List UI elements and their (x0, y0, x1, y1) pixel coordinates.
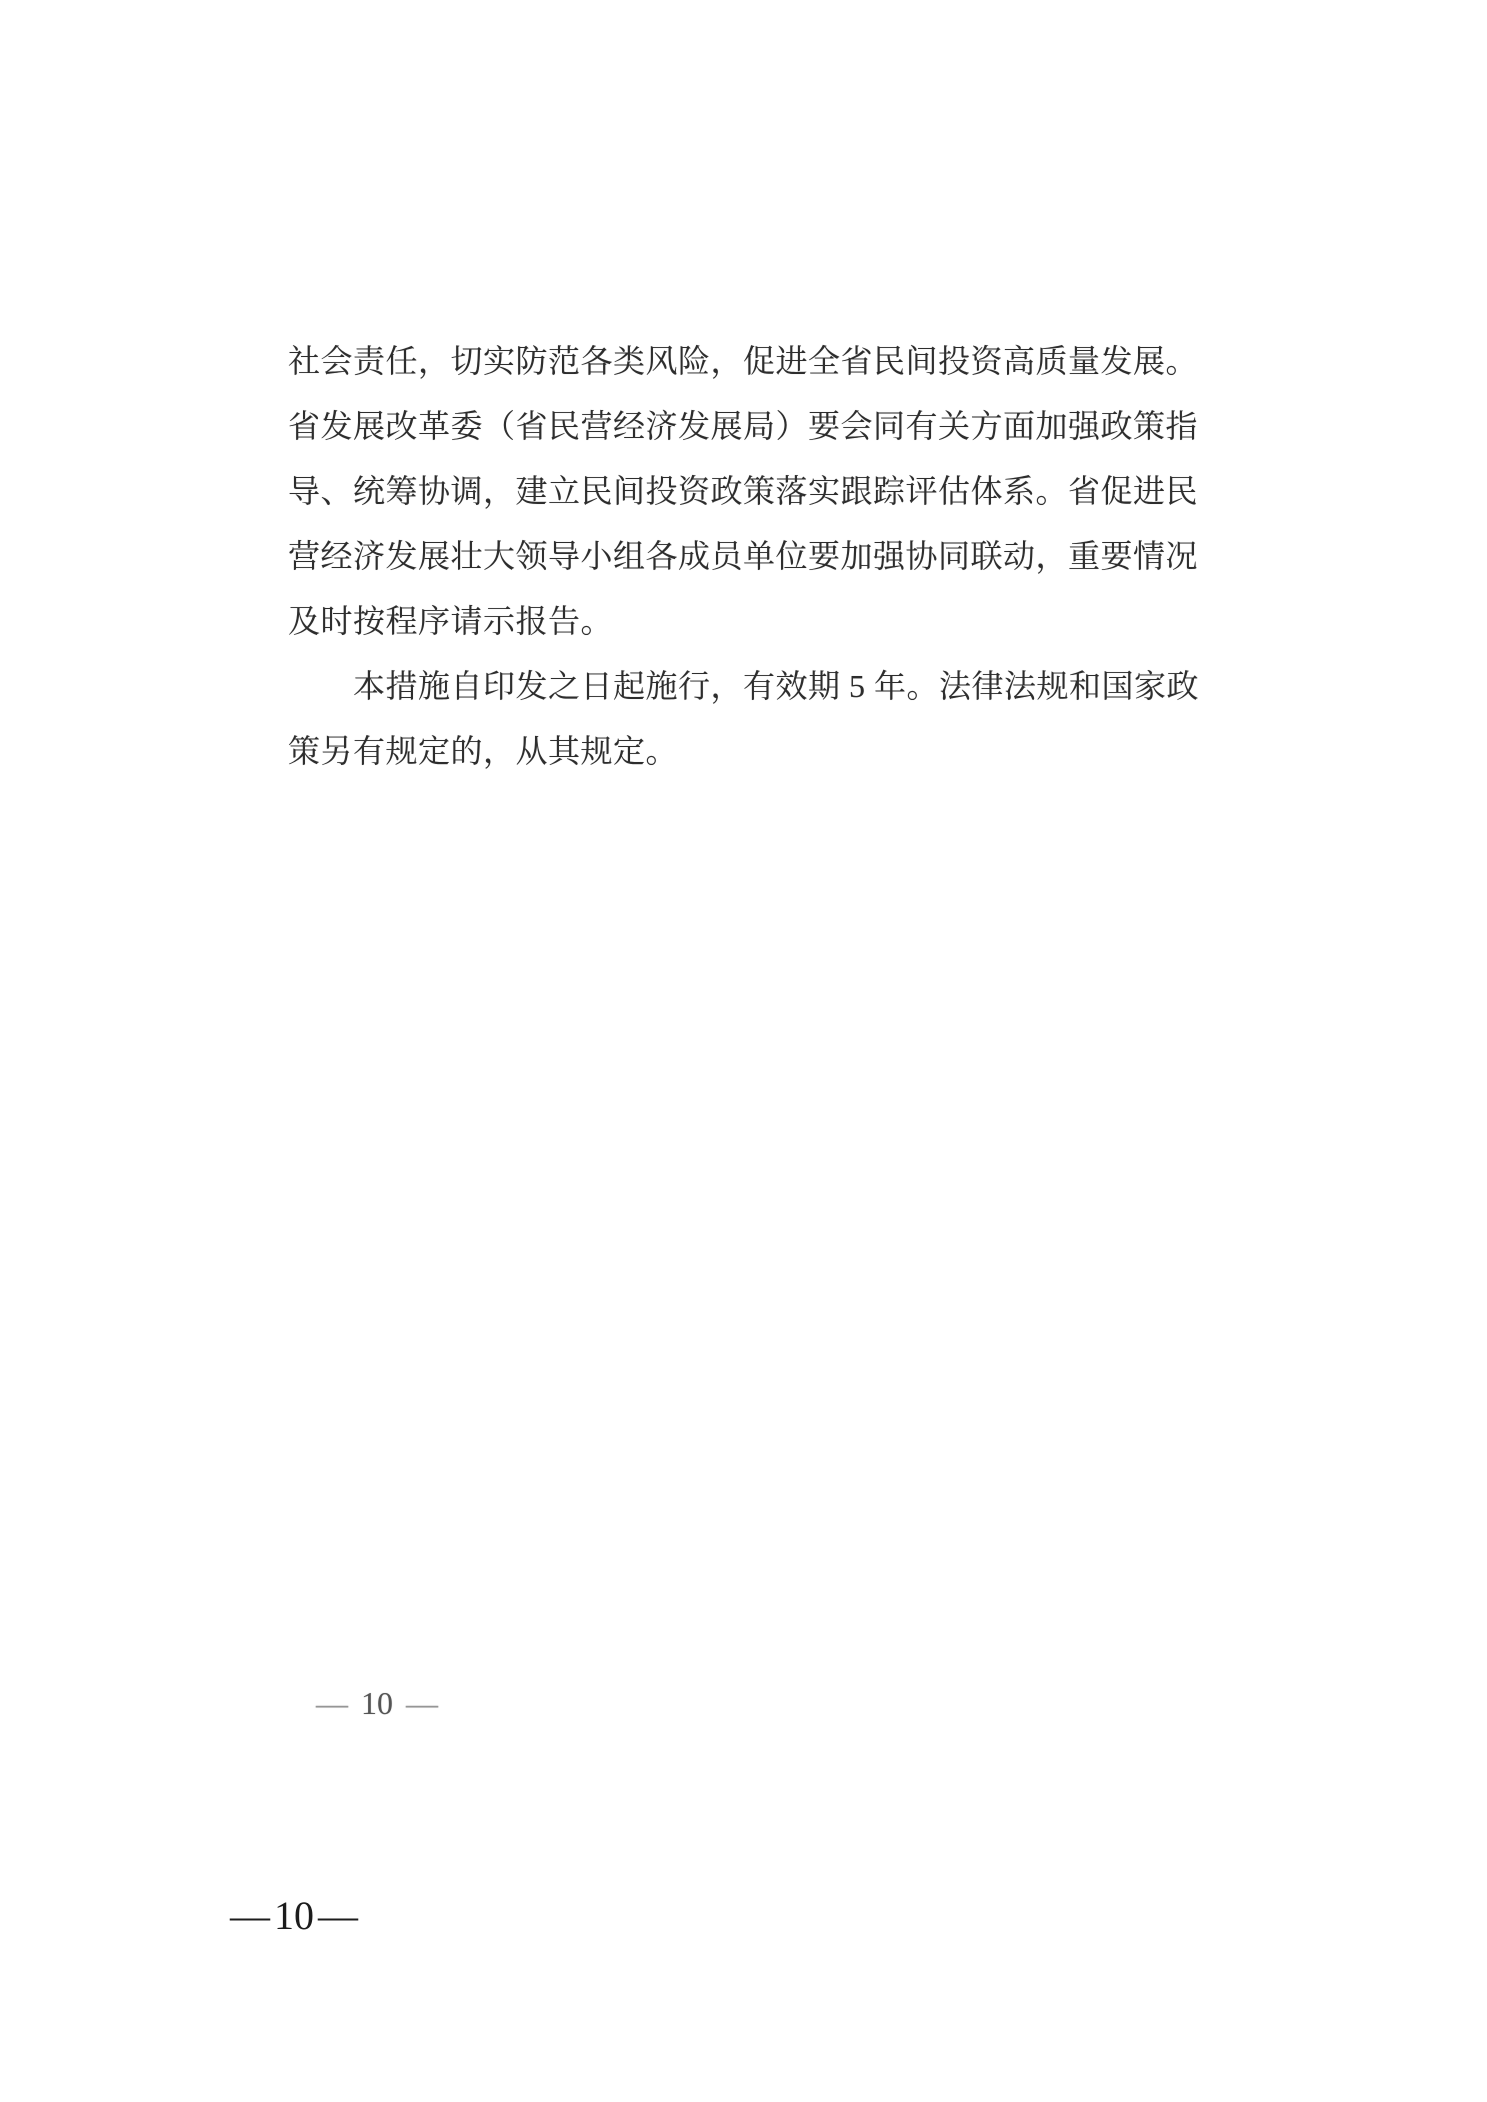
scanned-page-number-dash-right: — (406, 1685, 438, 1721)
scanned-page-number: —10— (316, 1686, 438, 1720)
text-line: 导、统筹协调，建立民间投资政策落实跟踪评估体系。省促进民 (288, 459, 1198, 524)
text-line: 及时按程序请示报告。 (288, 589, 1198, 654)
text-line: 省发展改革委（省民营经济发展局）要会同有关方面加强政策指 (288, 394, 1198, 459)
scanned-page-number-dash-left: — (316, 1685, 348, 1721)
text-line: 社会责任，切实防范各类风险，促进全省民间投资高质量发展。 (288, 329, 1198, 394)
text-line: 本措施自印发之日起施行，有效期 5 年。法律法规和国家政 (288, 654, 1198, 719)
document-body: 社会责任，切实防范各类风险，促进全省民间投资高质量发展。省发展改革委（省民营经济… (288, 329, 1198, 784)
text-line: 策另有规定的，从其规定。 (288, 719, 1198, 784)
document-page: 社会责任，切实防范各类风险，促进全省民间投资高质量发展。省发展改革委（省民营经济… (0, 0, 1487, 2102)
scanned-page-number-value: 10 (361, 1685, 393, 1721)
footer-page-number-dash-left: — (230, 1893, 270, 1938)
footer-page-number-value: 10 (274, 1893, 314, 1938)
text-line: 营经济发展壮大领导小组各成员单位要加强协同联动，重要情况 (288, 524, 1198, 589)
footer-page-number-dash-right: — (318, 1893, 358, 1938)
footer-page-number: —10— (230, 1894, 358, 1938)
